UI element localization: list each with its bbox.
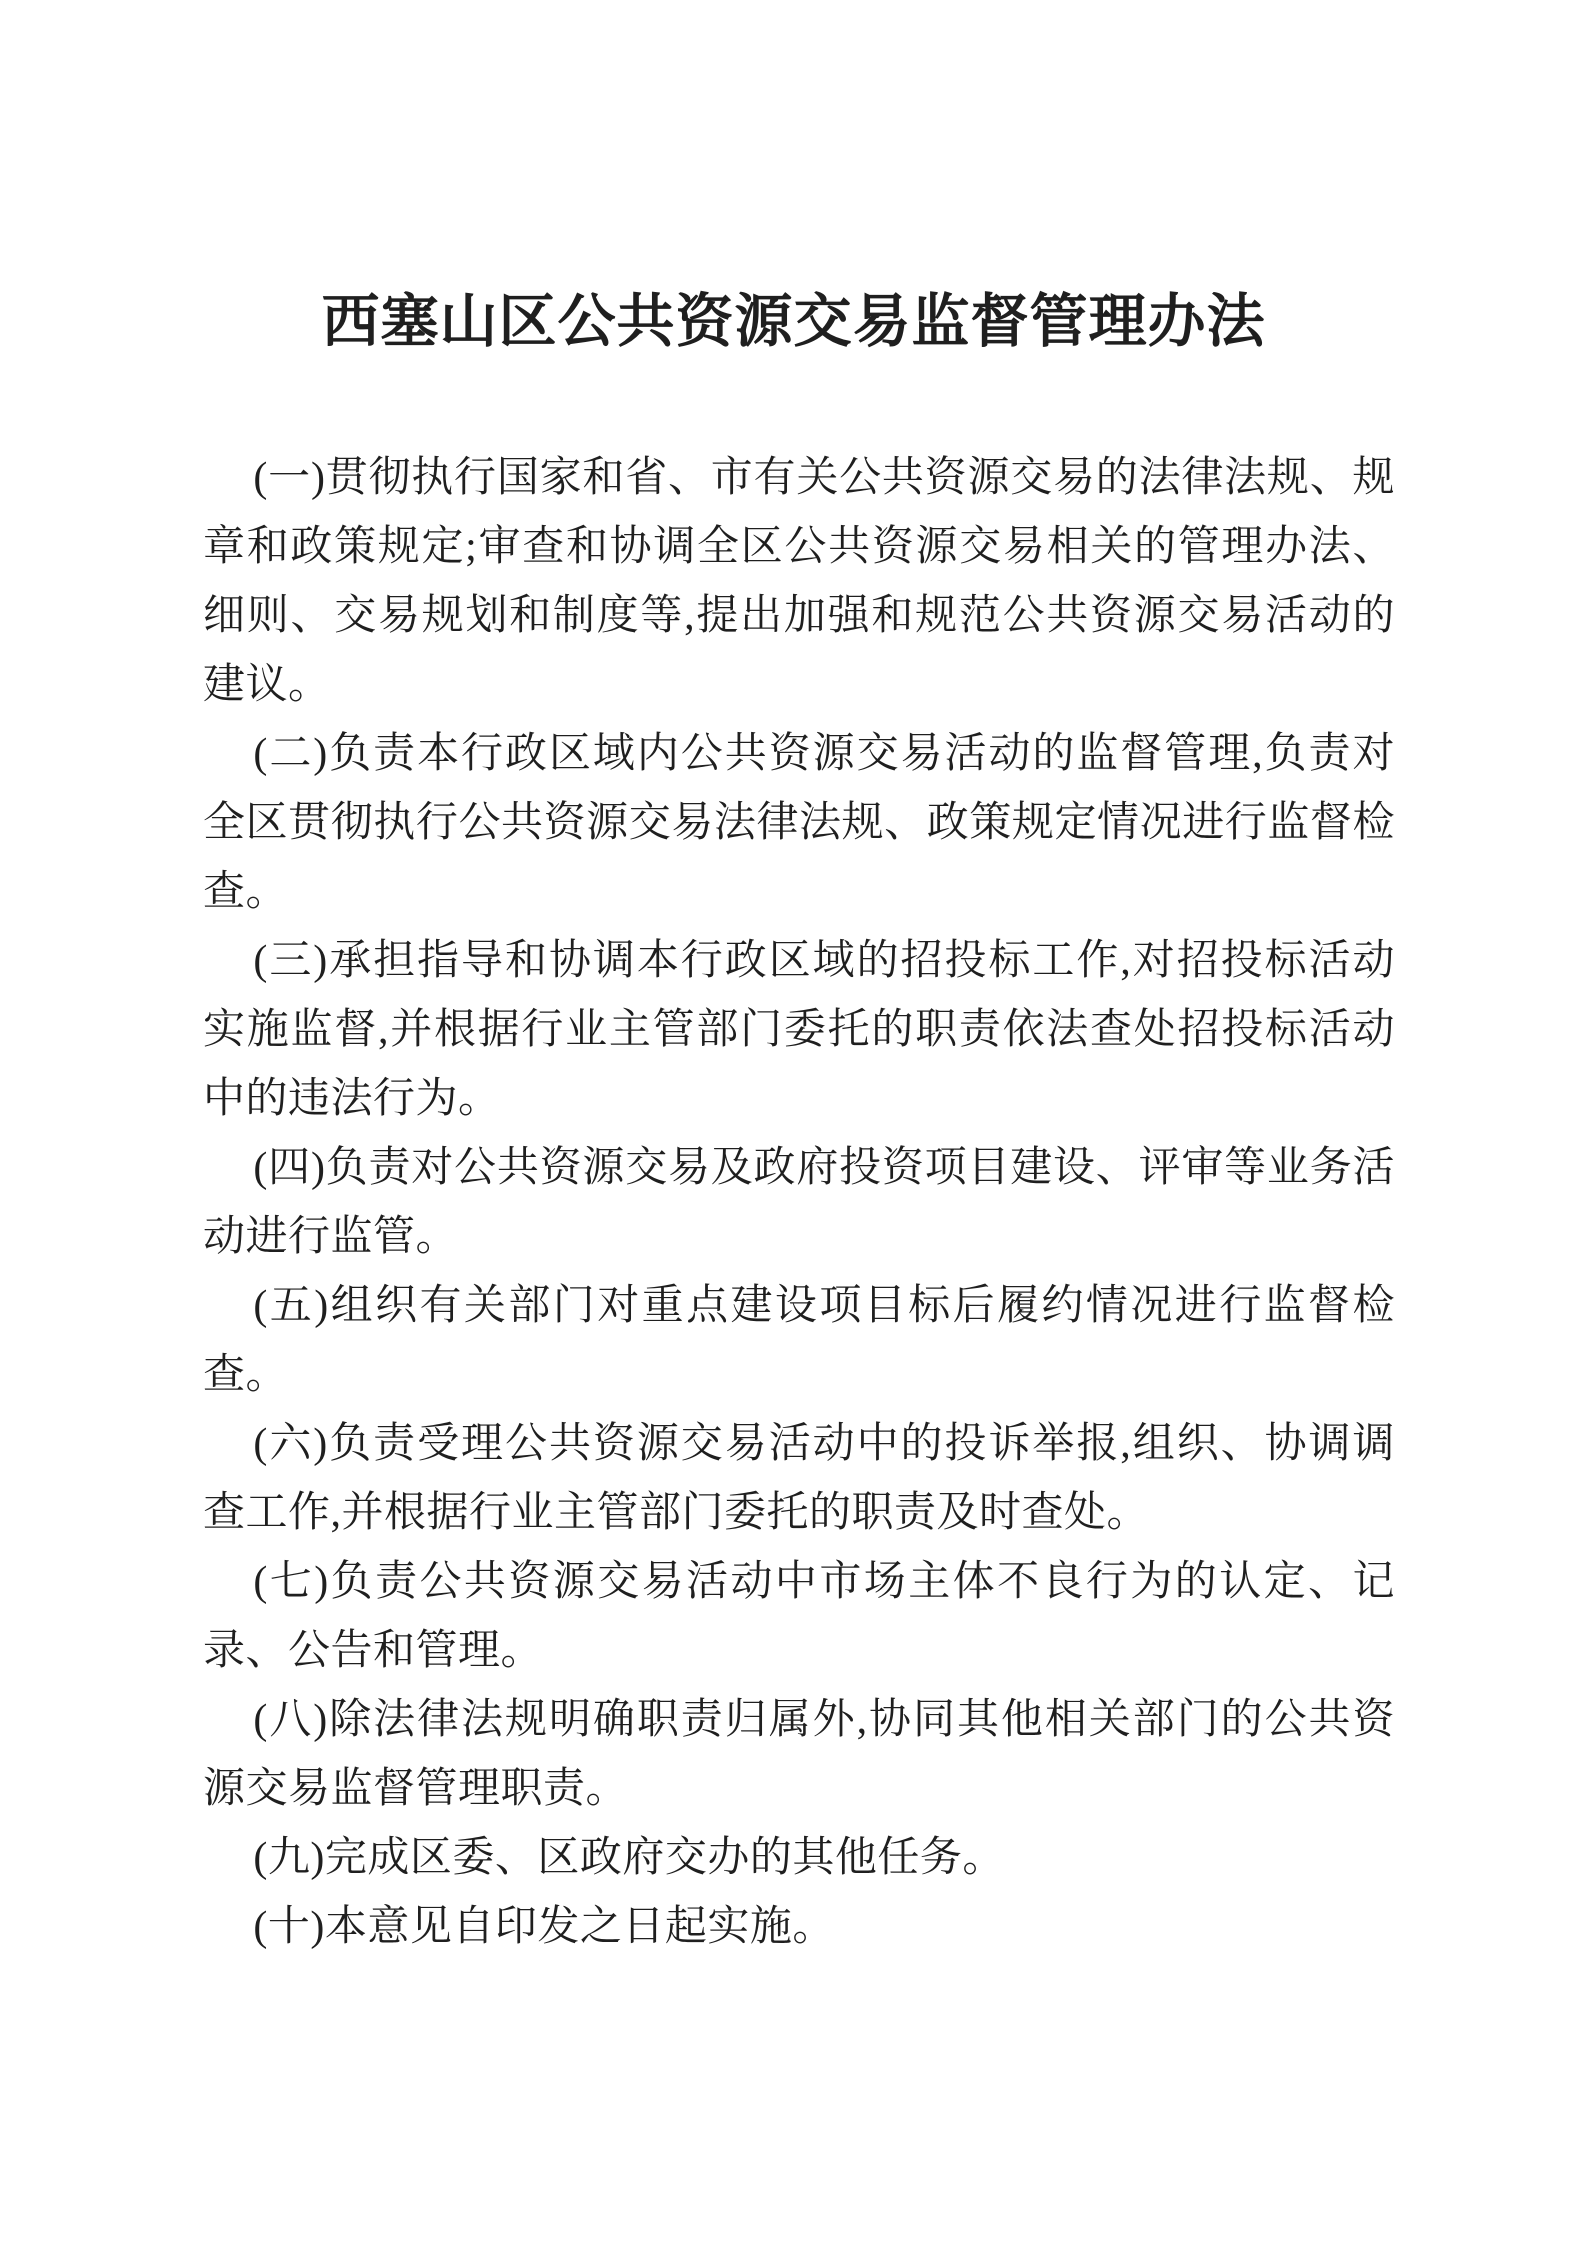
paragraph-item-10: (十)本意见自印发之日起实施。 bbox=[203, 1893, 1395, 1962]
paragraph-item-6: (六)负责受理公共资源交易活动中的投诉举报,组织、协调调查工作,并根据行业主管部… bbox=[203, 1410, 1395, 1548]
paragraph-item-5: (五)组织有关部门对重点建设项目标后履约情况进行监督检查。 bbox=[203, 1272, 1395, 1410]
paragraph-item-4: (四)负责对公共资源交易及政府投资项目建设、评审等业务活动进行监管。 bbox=[203, 1134, 1395, 1272]
paragraph-item-2: (二)负责本行政区域内公共资源交易活动的监督管理,负责对全区贯彻执行公共资源交易… bbox=[203, 720, 1395, 927]
paragraph-item-9: (九)完成区委、区政府交办的其他任务。 bbox=[203, 1824, 1395, 1893]
document-page: 西塞山区公共资源交易监督管理办法 (一)贯彻执行国家和省、市有关公共资源交易的法… bbox=[0, 0, 1587, 2245]
paragraph-item-7: (七)负责公共资源交易活动中市场主体不良行为的认定、记录、公告和管理。 bbox=[203, 1548, 1395, 1686]
paragraph-item-1: (一)贯彻执行国家和省、市有关公共资源交易的法律法规、规章和政策规定;审查和协调… bbox=[203, 444, 1395, 720]
paragraph-item-8: (八)除法律法规明确职责归属外,协同其他相关部门的公共资源交易监督管理职责。 bbox=[203, 1686, 1395, 1824]
document-title: 西塞山区公共资源交易监督管理办法 bbox=[0, 290, 1587, 354]
document-body: (一)贯彻执行国家和省、市有关公共资源交易的法律法规、规章和政策规定;审查和协调… bbox=[203, 444, 1395, 1962]
paragraph-item-3: (三)承担指导和协调本行政区域的招投标工作,对招投标活动实施监督,并根据行业主管… bbox=[203, 927, 1395, 1134]
